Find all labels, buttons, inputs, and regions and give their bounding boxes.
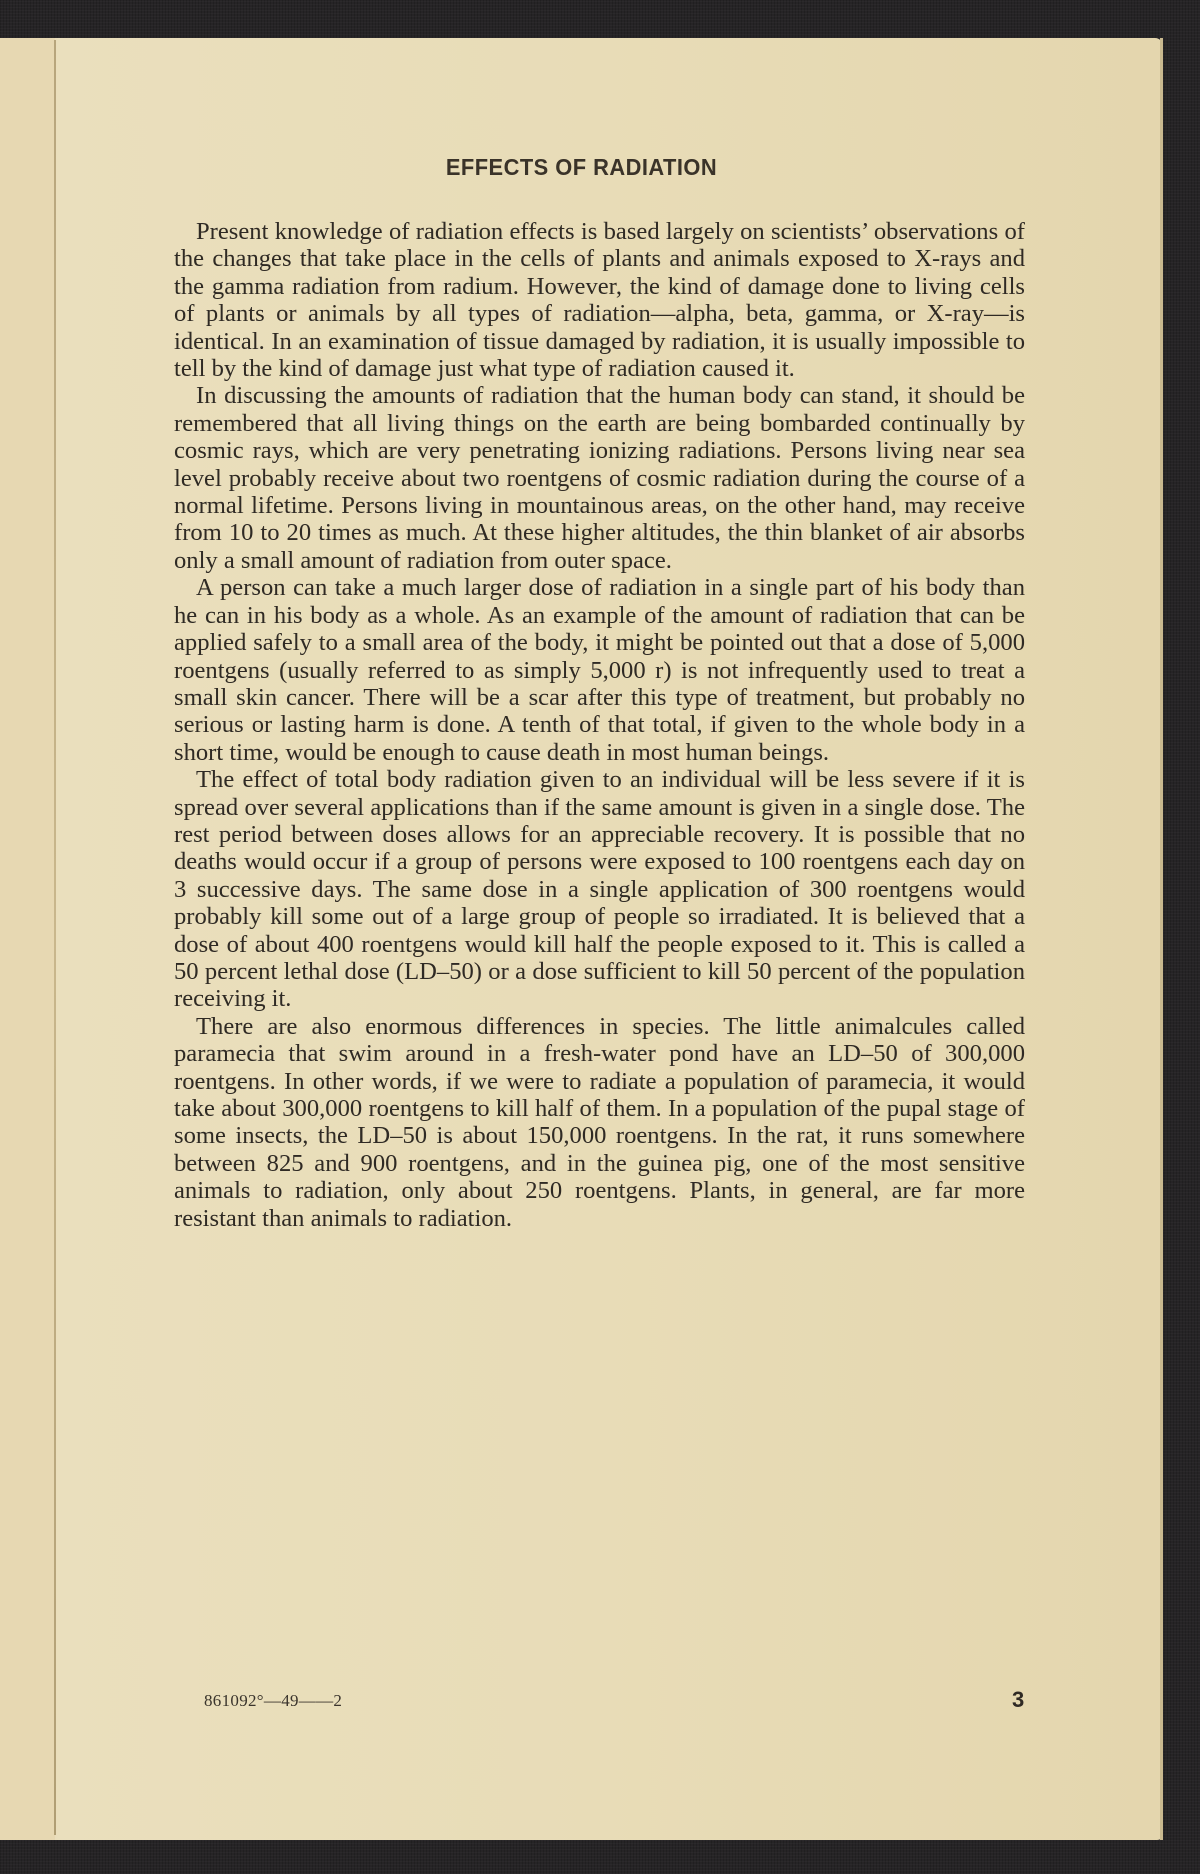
- paragraph-3: A person can take a much larger dose of …: [174, 574, 1025, 766]
- paragraph-5: There are also enormous differences in s…: [174, 1013, 1025, 1232]
- paragraph-4: The effect of total body radiation given…: [174, 766, 1025, 1013]
- document-page: EFFECTS OF RADIATION Present knowledge o…: [0, 38, 1163, 1840]
- page-fold-line: [54, 40, 56, 1835]
- print-code: 861092°—49——2: [204, 1691, 342, 1711]
- page-title: EFFECTS OF RADIATION: [29, 154, 1134, 181]
- body-text: Present knowledge of radiation effects i…: [174, 218, 1025, 1232]
- paragraph-1: Present knowledge of radiation effects i…: [174, 218, 1025, 382]
- page-number: 3: [1012, 1687, 1024, 1713]
- paragraph-2: In discussing the amounts of radiation t…: [174, 382, 1025, 574]
- page-right-edge: [1160, 38, 1163, 1840]
- previous-page-edge: [0, 38, 55, 1840]
